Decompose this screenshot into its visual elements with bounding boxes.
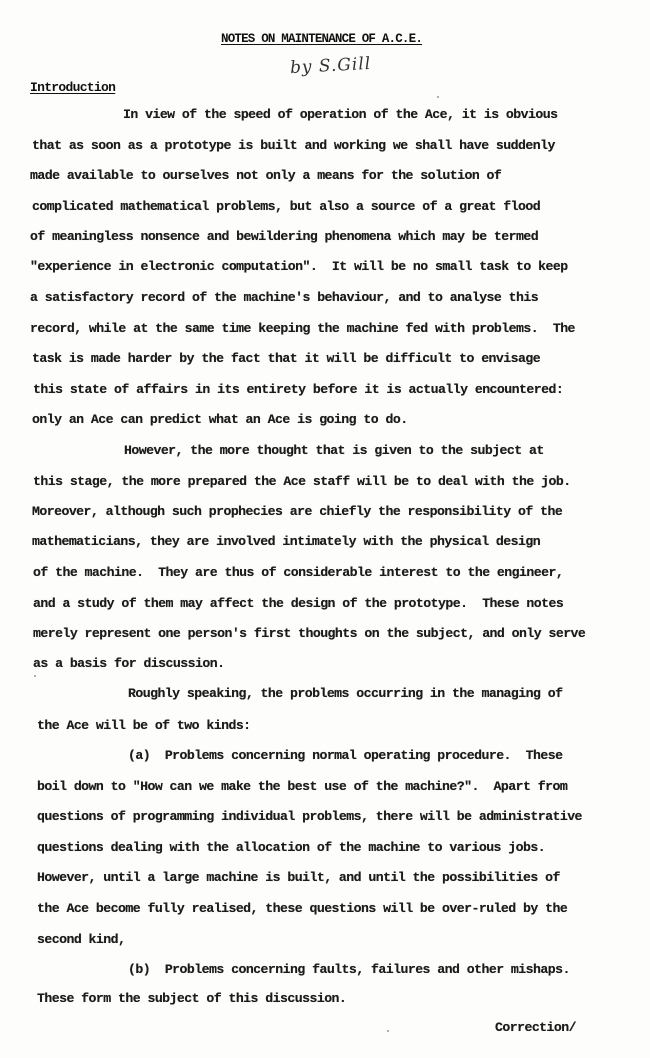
text-line: a satisfactory record of the machine's b… — [30, 290, 538, 306]
text-line: record, while at the same time keeping t… — [30, 321, 575, 337]
text-line: task is made harder by the fact that it … — [32, 351, 540, 367]
text-line: complicated mathematical problems, but a… — [32, 199, 540, 215]
section-heading-introduction: Introduction — [30, 80, 115, 95]
scan-speck — [437, 96, 439, 98]
text-line: questions dealing with the allocation of… — [37, 840, 545, 856]
text-line: "experience in electronic computation". … — [30, 259, 568, 275]
text-line: this stage, the more prepared the Ace st… — [33, 474, 571, 490]
text-line: of the machine. They are thus of conside… — [33, 565, 563, 581]
text-line: of meaningless nonsence and bewildering … — [30, 229, 538, 245]
text-line: made available to ourselves not only a m… — [30, 168, 501, 184]
typewritten-page: NOTES ON MAINTENANCE OF A.C.E. by S.Gill… — [0, 0, 650, 1058]
text-line: (a) Problems concerning normal operating… — [128, 748, 562, 764]
text-line: and a study of them may affect the desig… — [33, 596, 563, 612]
scan-speck — [34, 675, 36, 677]
text-line: In view of the speed of operation of the… — [123, 107, 557, 123]
text-line: that as soon as a prototype is built and… — [32, 138, 555, 154]
text-line: the Ace become fully realised, these que… — [37, 901, 567, 917]
text-line: Correction/ — [495, 1020, 576, 1036]
text-line: only an Ace can predict what an Ace is g… — [32, 412, 408, 428]
text-line: boil down to "How can we make the best u… — [37, 779, 567, 795]
text-line: second kind, — [37, 932, 125, 948]
text-line: Moreover, although such prophecies are c… — [32, 504, 562, 520]
text-line: the Ace will be of two kinds: — [37, 718, 251, 734]
text-line: These form the subject of this discussio… — [37, 991, 346, 1007]
text-line: However, until a large machine is built,… — [37, 870, 560, 886]
text-line: this state of affairs in its entirety be… — [33, 382, 563, 398]
document-title: NOTES ON MAINTENANCE OF A.C.E. — [221, 32, 422, 46]
scan-speck — [387, 1030, 389, 1032]
text-line: However, the more thought that is given … — [124, 443, 544, 459]
text-line: merely represent one person's first thou… — [33, 626, 585, 642]
text-line: as a basis for discussion. — [33, 656, 224, 672]
text-line: questions of programming individual prob… — [37, 809, 582, 825]
handwritten-author-annotation: by S.Gill — [290, 54, 372, 78]
text-line: Roughly speaking, the problems occurring… — [128, 686, 562, 702]
text-line: (b) Problems concerning faults, failures… — [128, 962, 570, 978]
text-line: mathematicians, they are involved intima… — [32, 534, 540, 550]
